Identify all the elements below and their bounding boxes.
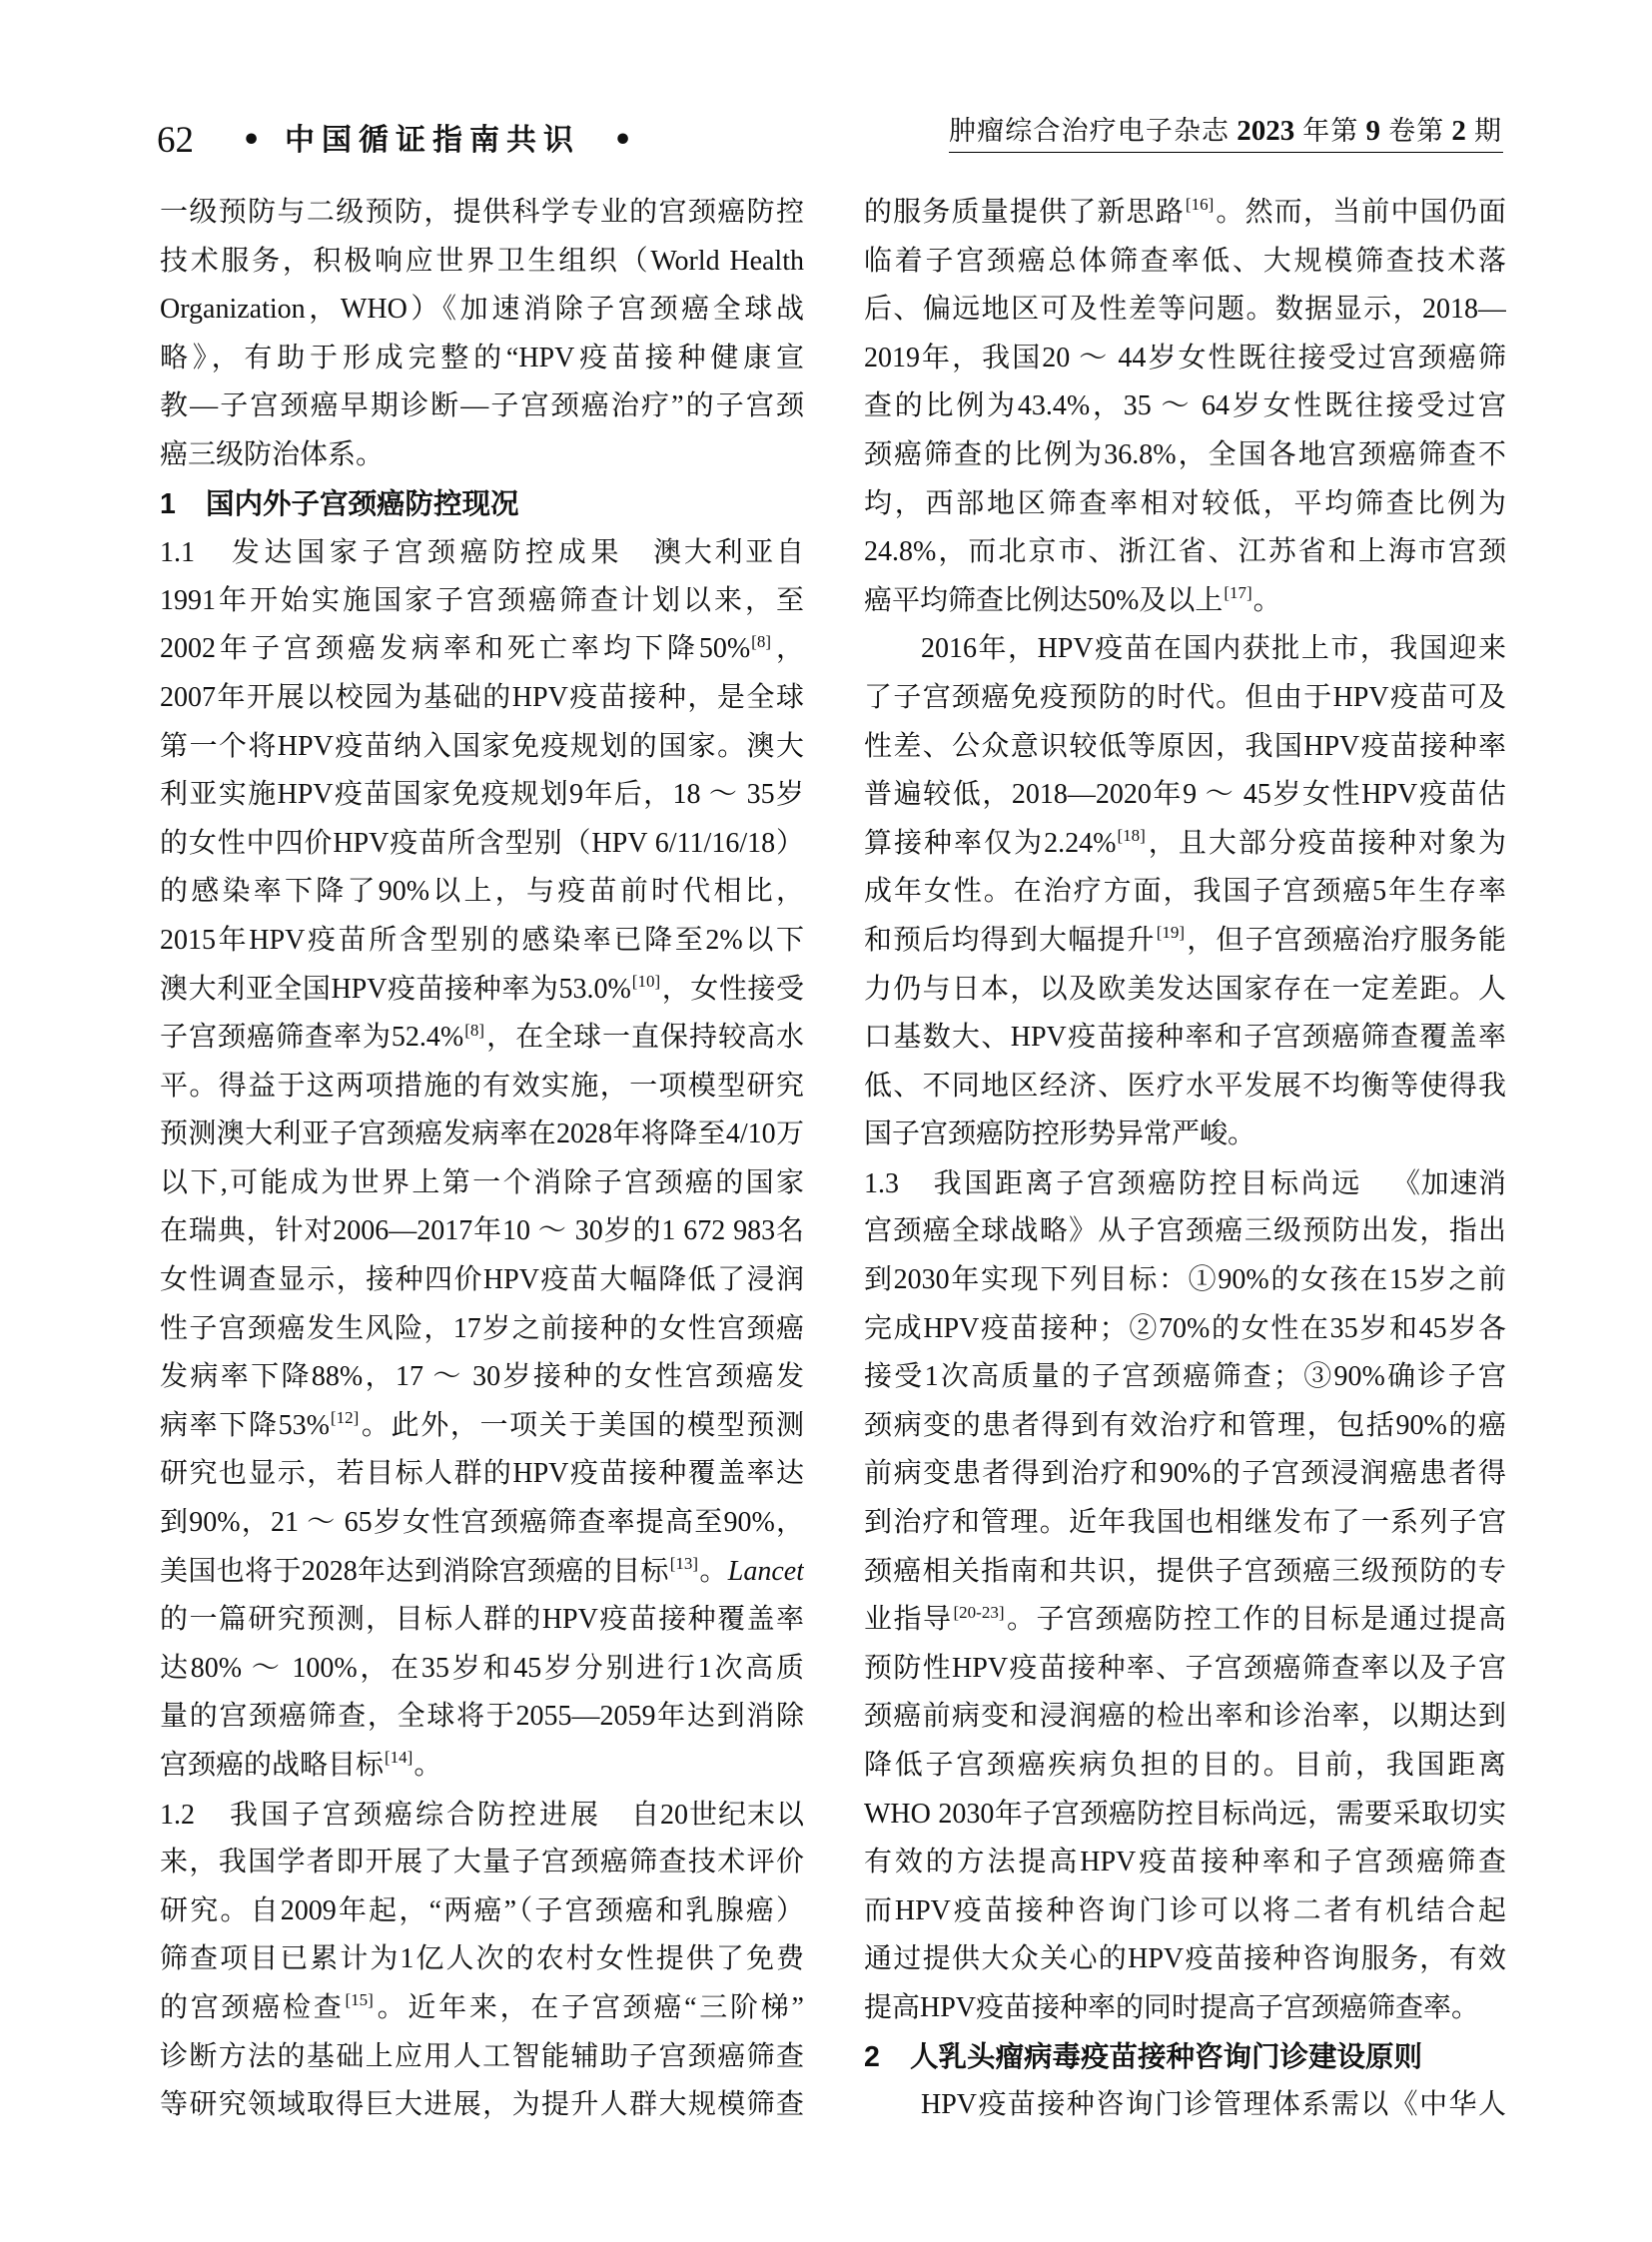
paragraph: 2016年，HPV疫苗在国内获批上市，我国迎来 了子宫颈癌免疫预防的时代。但由于… <box>864 625 1506 1159</box>
subsection-1-3: 1.3我国距离子宫颈癌防控目标尚远《加速消除 宫颈癌全球战略》从子宫颈癌三级预防… <box>864 1159 1506 2033</box>
body-line: 以下,可能成为世界上第一个消除子宫颈癌的国家[11]。 <box>160 1159 804 1208</box>
body-line: 预防性HPV疫苗接种率、子宫颈癌筛查率以及子宫 <box>864 1645 1506 1694</box>
paragraph: HPV疫苗接种咨询门诊管理体系需以《中华人 <box>864 2081 1506 2130</box>
citation-ref: [15] <box>346 1990 374 2009</box>
citation-ref: [13] <box>670 1554 698 1573</box>
body-line: 提高HPV疫苗接种率的同时提高子宫颈癌筛查率。 <box>864 1984 1506 2033</box>
citation-ref: [20-23] <box>954 1603 1005 1622</box>
body-line: 低、不同地区经济、医疗水平发展不均衡等使得我 <box>864 1063 1506 1112</box>
body-line: 平。得益于这两项措施的有效实施，一项模型研究 <box>160 1063 804 1112</box>
body-line: 第一个将HPV疫苗纳入国家免疫规划的国家。澳大 <box>160 723 804 772</box>
subsection-heading-line: 1.1发达国家子宫颈癌防控成果澳大利亚自 <box>160 528 804 577</box>
body-line: 利亚实施HPV疫苗国家免疫规划9年后，18 ～ 35岁 <box>160 771 804 820</box>
body-line: 后、偏远地区可及性差等问题。数据显示，2018— <box>864 286 1506 335</box>
body-line: 一级预防与二级预防，提供科学专业的宫颈癌防控 <box>160 189 804 238</box>
body-line: 国子宫颈癌防控形势异常严峻。 <box>864 1111 1506 1159</box>
body-line: 有效的方法提高HPV疫苗接种率和子宫颈癌筛查率。 <box>864 1839 1506 1887</box>
body-line: 和预后均得到大幅提升[19]，但子宫颈癌治疗服务能 <box>864 917 1506 966</box>
journal-name: 肿瘤综合治疗电子杂志 <box>949 116 1230 146</box>
paragraph: 的服务质量提供了新思路[16]。然而，当前中国仍面 临着子宫颈癌总体筛查率低、大… <box>864 189 1506 625</box>
bullet-separator: • <box>613 118 632 164</box>
body-line: 24.8%，而北京市、浙江省、江苏省和上海市宫颈 <box>864 528 1506 577</box>
body-line: 在瑞典，针对2006—2017年10 ～ 30岁的1 672 983名 <box>160 1207 804 1256</box>
journal-header: 肿瘤综合治疗电子杂志2023年第9卷第2期 <box>949 114 1501 148</box>
section-number: 1 <box>160 480 206 529</box>
paragraph-start-text: 澳大利亚自 <box>653 537 804 568</box>
column-title: 中国循证指南共识 <box>285 118 580 164</box>
body-line: 预测澳大利亚子宫颈癌发病率在2028年将降至4/10万 <box>160 1111 804 1159</box>
body-line: 颈癌前病变和浸润癌的检出率和诊治率，以期达到 <box>864 1693 1506 1742</box>
body-line: WHO 2030年子宫颈癌防控目标尚远，需要采取切实 <box>864 1791 1506 1840</box>
citation-ref: [19] <box>1157 923 1185 942</box>
section-title: 人乳头瘤病毒疫苗接种咨询门诊建设原则 <box>910 2041 1422 2073</box>
subsection-1-1: 1.1发达国家子宫颈癌防控成果澳大利亚自 1991年开始实施国家子宫颈癌筛查计划… <box>160 528 804 1790</box>
body-line: 的服务质量提供了新思路[16]。然而，当前中国仍面 <box>864 189 1506 238</box>
body-line: 降低子宫颈癌疾病负担的目的。目前，我国距离 <box>864 1742 1506 1791</box>
body-line: 通过提供大众关心的HPV疫苗接种咨询服务，有效 <box>864 1935 1506 1984</box>
page-number: 62 <box>157 118 194 164</box>
right-column: 的服务质量提供了新思路[16]。然而，当前中国仍面 临着子宫颈癌总体筛查率低、大… <box>864 189 1506 2130</box>
body-line: 的宫颈癌检查[15]。近年来，在子宫颈癌“三阶梯” <box>160 1984 804 2033</box>
body-line: 前病变患者得到治疗和90%的子宫颈浸润癌患者得 <box>864 1450 1506 1499</box>
citation-ref: [8] <box>751 632 771 651</box>
issue-label: 期 <box>1473 116 1501 146</box>
body-line: 的感染率下降了90%以上，与疫苗前时代相比， <box>160 868 804 917</box>
section-number: 2 <box>864 2033 910 2082</box>
subsection-title: 发达国家子宫颈癌防控成果 <box>229 535 623 568</box>
body-line: 2015年HPV疫苗所含型别的感染率已降至2%以下[9]。 <box>160 917 804 966</box>
body-line: 算接种率仅为2.24%[18]，且大部分疫苗接种对象为 <box>864 820 1506 869</box>
body-line: 口基数大、HPV疫苗接种率和子宫颈癌筛查覆盖率 <box>864 1014 1506 1063</box>
body-line: 普遍较低，2018—2020年9 ～ 45岁女性HPV疫苗估 <box>864 771 1506 820</box>
body-line: 成年女性。在治疗方面，我国子宫颈癌5年生存率 <box>864 868 1506 917</box>
citation-ref: [16] <box>1186 195 1214 214</box>
section-heading-2: 2人乳头瘤病毒疫苗接种咨询门诊建设原则 <box>864 2033 1506 2082</box>
body-line: 1991年开始实施国家子宫颈癌筛查计划以来，至 <box>160 577 804 626</box>
body-line: 澳大利亚全国HPV疫苗接种率为53.0%[10]，女性接受 <box>160 966 804 1015</box>
body-line: 研究。自2009年起，“两癌”（子宫颈癌和乳腺癌） <box>160 1887 804 1936</box>
bullet-separator: • <box>242 118 261 164</box>
subsection-number: 1.2 <box>160 1800 195 1831</box>
italic-term: Lancet <box>728 1556 804 1587</box>
body-line: 教—子宫颈癌早期诊断—子宫颈癌治疗”的子宫颈 <box>160 382 804 431</box>
citation-ref: [18] <box>1117 826 1145 845</box>
body-line: 美国也将于2028年达到消除宫颈癌的目标[13]。Lancet <box>160 1548 804 1597</box>
body-line: Organization，WHO）《加速消除子宫颈癌全球战 <box>160 286 804 335</box>
subsection-heading-line: 1.3我国距离子宫颈癌防控目标尚远《加速消除 <box>864 1159 1506 1208</box>
paragraph-start-text: 自20世纪末以 <box>631 1800 804 1831</box>
body-line: 等研究领域取得巨大进展，为提升人群大规模筛查 <box>160 2081 804 2130</box>
body-line: 技术服务，积极响应世界卫生组织（World Health <box>160 238 804 287</box>
body-line: 力仍与日本，以及欧美发达国家存在一定差距。人 <box>864 966 1506 1015</box>
body-line: 量的宫颈癌筛查，全球将于2055—2059年达到消除 <box>160 1693 804 1742</box>
body-line: 接受1次高质量的子宫颈癌筛查；③90%确诊子宫 <box>864 1353 1506 1402</box>
body-line: 了子宫颈癌免疫预防的时代。但由于HPV疫苗可及 <box>864 674 1506 723</box>
body-line: 的女性中四价HPV疫苗所含型别（HPV 6/11/16/18） <box>160 820 804 869</box>
body-line: HPV疫苗接种咨询门诊管理体系需以《中华人 <box>864 2081 1506 2130</box>
year-label: 年第 <box>1301 116 1358 146</box>
body-line: 癌平均筛查比例达50%及以上[17]。 <box>864 577 1506 626</box>
body-line: 子宫颈癌筛查率为52.4%[8]，在全球一直保持较高水 <box>160 1014 804 1063</box>
body-line: 到治疗和管理。近年我国也相继发布了一系列子宫 <box>864 1499 1506 1548</box>
citation-ref: [12] <box>331 1408 359 1427</box>
body-line: 女性调查显示，接种四价HPV疫苗大幅降低了浸润 <box>160 1256 804 1305</box>
body-line: 临着子宫颈癌总体筛查率低、大规模筛查技术落 <box>864 238 1506 287</box>
body-line: 颈病变的患者得到有效治疗和管理，包括90%的癌 <box>864 1402 1506 1451</box>
body-line: 颈癌筛查的比例为36.8%，全国各地宫颈癌筛查不 <box>864 431 1506 480</box>
body-line: 而HPV疫苗接种咨询门诊可以将二者有机结合起来， <box>864 1887 1506 1936</box>
citation-ref: [10] <box>632 972 660 991</box>
body-line: 均，西部地区筛查率相对较低，平均筛查比例为 <box>864 480 1506 529</box>
body-line: 病率下降53%[12]。此外，一项关于美国的模型预测 <box>160 1402 804 1451</box>
paragraph: 一级预防与二级预防，提供科学专业的宫颈癌防控 技术服务，积极响应世界卫生组织（W… <box>160 189 804 480</box>
body-line: 达80% ～ 100%，在35岁和45岁分别进行1次高质 <box>160 1645 804 1694</box>
subsection-title: 我国子宫颈癌综合防控进展 <box>229 1798 601 1831</box>
body-line: 的一篇研究预测，目标人群的HPV疫苗接种覆盖率 <box>160 1596 804 1645</box>
subsection-title: 我国距离子宫颈癌防控目标尚远 <box>933 1166 1362 1199</box>
subsection-number: 1.1 <box>160 537 195 568</box>
subsection-heading-line: 1.2我国子宫颈癌综合防控进展自20世纪末以 <box>160 1791 804 1840</box>
body-line: 到2030年实现下列目标：①90%的女孩在15岁之前 <box>864 1256 1506 1305</box>
body-line: 宫颈癌全球战略》从子宫颈癌三级预防出发，指出 <box>864 1207 1506 1256</box>
body-line: 颈癌相关指南和共识，提供子宫颈癌三级预防的专 <box>864 1548 1506 1597</box>
body-line: 筛查项目已累计为1亿人次的农村女性提供了免费 <box>160 1935 804 1984</box>
journal-issue: 2 <box>1451 115 1466 147</box>
body-line: 性子宫颈癌发生风险，17岁之前接种的女性宫颈癌 <box>160 1305 804 1354</box>
subsection-1-2: 1.2我国子宫颈癌综合防控进展自20世纪末以 来，我国学者即开展了大量子宫颈癌筛… <box>160 1791 804 2130</box>
body-line: 研究也显示，若目标人群的HPV疫苗接种覆盖率达 <box>160 1450 804 1499</box>
journal-volume: 9 <box>1366 115 1381 147</box>
body-line: 发病率下降88%，17 ～ 30岁接种的女性宫颈癌发 <box>160 1353 804 1402</box>
citation-ref: [8] <box>464 1021 484 1040</box>
body-line: 查的比例为43.4%，35 ～ 64岁女性既往接受过宫 <box>864 382 1506 431</box>
subsection-number: 1.3 <box>864 1168 899 1199</box>
citation-ref: [14] <box>385 1748 413 1767</box>
body-line: 2002年子宫颈癌发病率和死亡率均下降50%[8]， <box>160 625 804 674</box>
body-line: 来，我国学者即开展了大量子宫颈癌筛查技术评价 <box>160 1839 804 1887</box>
body-line: 性差、公众意识较低等原因，我国HPV疫苗接种率 <box>864 723 1506 772</box>
body-line: 癌三级防治体系。 <box>160 431 804 480</box>
body-line: 业指导[20-23]。子宫颈癌防控工作的目标是通过提高 <box>864 1596 1506 1645</box>
body-line: 2019年，我国20 ～ 44岁女性既往接受过宫颈癌筛 <box>864 335 1506 383</box>
body-line: 略》，有助于形成完整的“HPV疫苗接种健康宣 <box>160 335 804 383</box>
body-line: 宫颈癌的战略目标[14]。 <box>160 1742 804 1791</box>
volume-label: 卷第 <box>1387 116 1444 146</box>
body-line: 完成HPV疫苗接种；②70%的女性在35岁和45岁各 <box>864 1305 1506 1354</box>
journal-year: 2023 <box>1237 115 1294 147</box>
body-line: 到90%，21 ～ 65岁女性宫颈癌筛查率提高至90%， <box>160 1499 804 1548</box>
header-rule <box>949 152 1503 153</box>
section-title: 国内外子宫颈癌防控现况 <box>206 488 519 520</box>
body-line: 2016年，HPV疫苗在国内获批上市，我国迎来 <box>864 625 1506 674</box>
body-line: 诊断方法的基础上应用人工智能辅助子宫颈癌筛查 <box>160 2033 804 2082</box>
section-heading-1: 1国内外子宫颈癌防控现况 <box>160 480 804 529</box>
citation-ref: [17] <box>1224 583 1251 602</box>
body-line: 2007年开展以校园为基础的HPV疫苗接种，是全球 <box>160 674 804 723</box>
left-column: 一级预防与二级预防，提供科学专业的宫颈癌防控 技术服务，积极响应世界卫生组织（W… <box>160 189 804 2130</box>
